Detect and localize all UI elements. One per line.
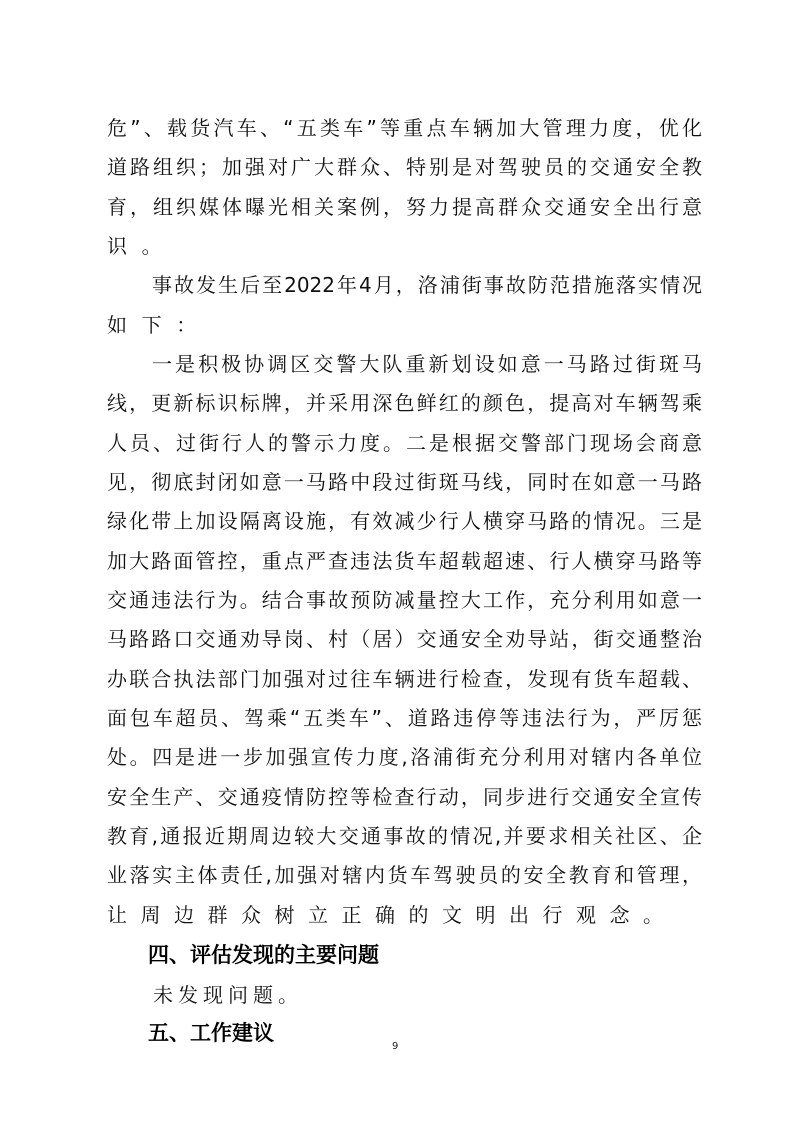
paragraph-1-line-2: 道路组织；加强对广大群众、特别是对驾驶员的交通安全教 — [107, 152, 702, 182]
paragraph-3-line-5: 绿化带上加设隔离设施，有效减少行人横穿马路的情况。三是 — [107, 506, 702, 536]
paragraph-2-line-2: 如下： — [107, 310, 702, 340]
paragraph-3-line-3: 人员、过街行人的警示力度。二是根据交警部门现场会商意 — [107, 428, 702, 458]
paragraph-3-line-11: 处。四是进一步加强宣传力度,洛浦街充分利用对辖内各单位 — [107, 742, 702, 772]
paragraph-2-line-1: 事故发生后至2022年4月，洛浦街事故防范措施落实情况 — [152, 270, 702, 300]
paragraph-3-line-12: 安全生产、交通疫情防控等检查行动，同步进行交通安全宣传 — [107, 782, 702, 812]
section-4-body: 未发现问题。 — [153, 980, 303, 1010]
page-number: 9 — [392, 1041, 398, 1052]
paragraph-3-line-15: 让周边群众树立正确的文明出行观念。 — [107, 900, 702, 930]
paragraph-3-line-2: 线，更新标识标牌，并采用深色鲜红的颜色，提高对车辆驾乘 — [107, 388, 702, 418]
paragraph-3-line-7: 交通违法行为。结合事故预防减量控大工作，充分利用如意一 — [107, 585, 702, 615]
section-5-heading: 五、工作建议 — [148, 1018, 274, 1048]
paragraph-3-line-1: 一是积极协调区交警大队重新划设如意一马路过街斑马 — [152, 349, 702, 379]
paragraph-1-line-3: 育，组织媒体曝光相关案例，努力提高群众交通安全出行意 — [107, 192, 702, 222]
section-4-heading: 四、评估发现的主要问题 — [148, 940, 379, 970]
paragraph-3-line-13: 教育,通报近期周边较大交通事故的情况,并要求相关社区、企 — [107, 821, 702, 851]
document-page: 危”、载货汽车、“五类车”等重点车辆加大管理力度，优化 道路组织；加强对广大群众… — [0, 0, 794, 1123]
paragraph-3-line-14: 业落实主体责任,加强对辖内货车驾驶员的安全教育和管理， — [107, 860, 702, 890]
paragraph-3-line-8: 马路路口交通劝导岗、村（居）交通安全劝导站，街交通整治 — [107, 624, 702, 654]
paragraph-1-line-1: 危”、载货汽车、“五类车”等重点车辆加大管理力度，优化 — [107, 113, 702, 143]
paragraph-3-line-4: 见，彻底封闭如意一马路中段过街斑马线，同时在如意一马路 — [107, 467, 702, 497]
paragraph-1-line-4: 识。 — [107, 231, 702, 261]
paragraph-3-line-6: 加大路面管控，重点严查违法货车超载超速、行人横穿马路等 — [107, 546, 702, 576]
paragraph-3-line-10: 面包车超员、驾乘“五类车”、道路违停等违法行为，严厉惩 — [107, 703, 702, 733]
paragraph-3-line-9: 办联合执法部门加强对过往车辆进行检查，发现有货车超载、 — [107, 664, 702, 694]
